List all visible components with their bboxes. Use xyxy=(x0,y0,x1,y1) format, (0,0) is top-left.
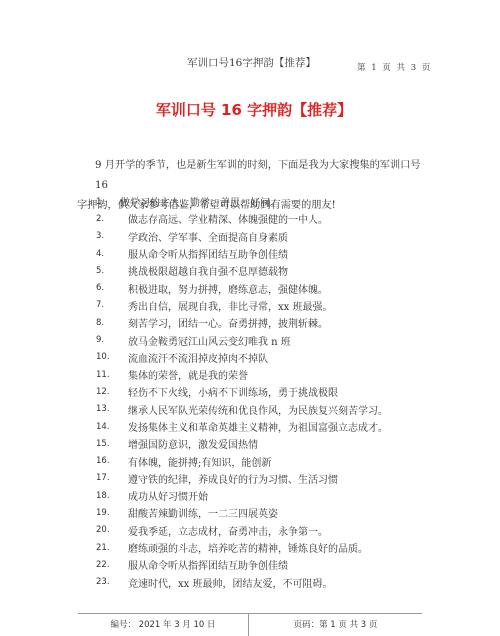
list-item: 16.有体魄，能拼搏;有知识，能创新 xyxy=(96,452,388,469)
list-item: 12.轻伤不下火线，小病不下训练场，勇于挑战极限 xyxy=(96,383,388,400)
running-header-title: 军训口号16字押韵【推荐】 xyxy=(187,55,316,70)
list-item-number: 10. xyxy=(96,352,128,362)
list-item: 22.服从命令听从指挥团结互助争创佳绩 xyxy=(96,556,388,573)
list-item: 20.爱我季延，立志成材，奋勇冲击，永争第一。 xyxy=(96,522,388,539)
list-item-text: 做学习的主人，勤学、善思、好问。 xyxy=(120,194,280,209)
list-item-number: 13. xyxy=(96,404,128,414)
list-item-text: 爱我季延，立志成材，奋勇冲击，永争第一。 xyxy=(128,523,328,538)
footer-divider-line xyxy=(78,613,422,614)
list-item: 19.甜酸苦辣勤训练，一二三四展英姿 xyxy=(96,504,388,521)
list-item-number: 18. xyxy=(96,491,128,501)
list-item-text: 做志存高远、学业精深、体魄强健的一中人。 xyxy=(128,211,328,226)
list-item-number: 16. xyxy=(96,456,128,466)
list-item-number: 5. xyxy=(96,266,128,276)
list-item-number: 7. xyxy=(96,300,128,310)
list-item-text: 刻苦学习，团结一心。奋勇拼搏，披荆斩棘。 xyxy=(128,315,328,330)
list-item: 15.增强国防意识，激发爱国热情 xyxy=(96,435,388,452)
running-header-page-info: 第 1 页 共 3 页 xyxy=(357,61,432,73)
slogan-list: 1.做学习的主人，勤学、善思、好问。 2.做志存高远、学业精深、体魄强健的一中人… xyxy=(96,193,388,591)
intro-line-1: 9 月开学的季节，也是新生军训的时刻，下面是我为大家搜集的军训口号 16 xyxy=(77,156,427,196)
list-item: 1.做学习的主人，勤学、善思、好问。 xyxy=(96,193,388,210)
list-item-number: 4. xyxy=(96,249,128,259)
list-item: 13.继承人民军队光荣传统和优良作风，为民族复兴刻苦学习。 xyxy=(96,401,388,418)
list-item-number: 2. xyxy=(96,214,128,224)
list-item: 3.学政治、学军事、全面提高自身素质 xyxy=(96,228,388,245)
list-item-number: 22. xyxy=(96,560,128,570)
list-item-number: 11. xyxy=(96,370,128,380)
list-item: 11.集体的荣誉，就是我的荣誉 xyxy=(96,366,388,383)
list-item-number: 14. xyxy=(96,422,128,432)
list-item-text: 轻伤不下火线，小病不下训练场，勇于挑战极限 xyxy=(128,384,338,399)
list-item: 14.发扬集体主义和革命英雄主义精神，为祖国富强立志成才。 xyxy=(96,418,388,435)
list-item: 9.放马金鞍勇冠江山风云变幻唯我 n 班 xyxy=(96,331,388,348)
footer-serial: 编号： 2021 年 3 月 10 日 xyxy=(78,618,248,630)
list-item-number: 1. xyxy=(96,197,120,207)
list-item: 2.做志存高远、学业精深、体魄强健的一中人。 xyxy=(96,210,388,227)
list-item-text: 挑战极限超越自我自强不息厚德载物 xyxy=(128,263,288,278)
list-item-text: 有体魄，能拼搏;有知识，能创新 xyxy=(128,454,271,469)
list-item: 18.成功从好习惯开始 xyxy=(96,487,388,504)
list-item: 21.磨练顽强的斗志，培养吃苦的精神，锤炼良好的品质。 xyxy=(96,539,388,556)
list-item-number: 8. xyxy=(96,318,128,328)
list-item-text: 磨练顽强的斗志，培养吃苦的精神，锤炼良好的品质。 xyxy=(128,540,368,555)
list-item-text: 学政治、学军事、全面提高自身素质 xyxy=(128,229,288,244)
list-item: 7.秀出自信，展现自我，非比寻常，xx 班最强。 xyxy=(96,297,388,314)
list-item-text: 增强国防意识，激发爱国热情 xyxy=(128,436,258,451)
list-item-number: 6. xyxy=(96,283,128,293)
list-item-number: 15. xyxy=(96,439,128,449)
list-item-text: 继承人民军队光荣传统和优良作风，为民族复兴刻苦学习。 xyxy=(128,402,388,417)
list-item: 8.刻苦学习，团结一心。奋勇拼搏，披荆斩棘。 xyxy=(96,314,388,331)
list-item-number: 9. xyxy=(96,335,128,345)
list-item: 5.挑战极限超越自我自强不息厚德载物 xyxy=(96,262,388,279)
list-item-number: 19. xyxy=(96,508,128,518)
list-item-text: 遵守铁的纪律，养成良好的行为习惯、生活习惯 xyxy=(128,471,338,486)
list-item-text: 放马金鞍勇冠江山风云变幻唯我 n 班 xyxy=(128,333,291,348)
list-item-text: 甜酸苦辣勤训练，一二三四展英姿 xyxy=(128,505,278,520)
list-item-text: 秀出自信，展现自我，非比寻常，xx 班最强。 xyxy=(128,298,332,313)
list-item-number: 3. xyxy=(96,231,128,241)
list-item-text: 流血流汗不流泪掉皮掉肉不掉队 xyxy=(128,350,268,365)
list-item-number: 17. xyxy=(96,473,128,483)
list-item-text: 服从命令听从指挥团结互助争创佳绩 xyxy=(128,246,288,261)
footer-page-code: 页码：第 1 页 共 3 页 xyxy=(249,618,422,630)
list-item-number: 12. xyxy=(96,387,128,397)
list-item-text: 集体的荣誉，就是我的荣誉 xyxy=(128,367,248,382)
list-item: 23.竞速时代，xx 班最帅，团结友爱，不可阻碍。 xyxy=(96,574,388,591)
list-item: 6.积极进取，努力拼搏，磨练意志，强健体魄。 xyxy=(96,279,388,296)
list-item-number: 20. xyxy=(96,525,128,535)
document-title: 军训口号 16 字押韵【推荐】 xyxy=(0,99,500,120)
list-item-text: 竞速时代，xx 班最帅，团结友爱，不可阻碍。 xyxy=(128,575,332,590)
list-item: 4.服从命令听从指挥团结互助争创佳绩 xyxy=(96,245,388,262)
list-item-number: 23. xyxy=(96,577,128,587)
list-item-text: 服从命令听从指挥团结互助争创佳绩 xyxy=(128,557,288,572)
list-item: 17.遵守铁的纪律，养成良好的行为习惯、生活习惯 xyxy=(96,470,388,487)
list-item: 10.流血流汗不流泪掉皮掉肉不掉队 xyxy=(96,349,388,366)
list-item-text: 发扬集体主义和革命英雄主义精神，为祖国富强立志成才。 xyxy=(128,419,388,434)
list-item-number: 21. xyxy=(96,543,128,553)
list-item-text: 成功从好习惯开始 xyxy=(128,488,208,503)
list-item-text: 积极进取，努力拼搏，磨练意志，强健体魄。 xyxy=(128,281,328,296)
